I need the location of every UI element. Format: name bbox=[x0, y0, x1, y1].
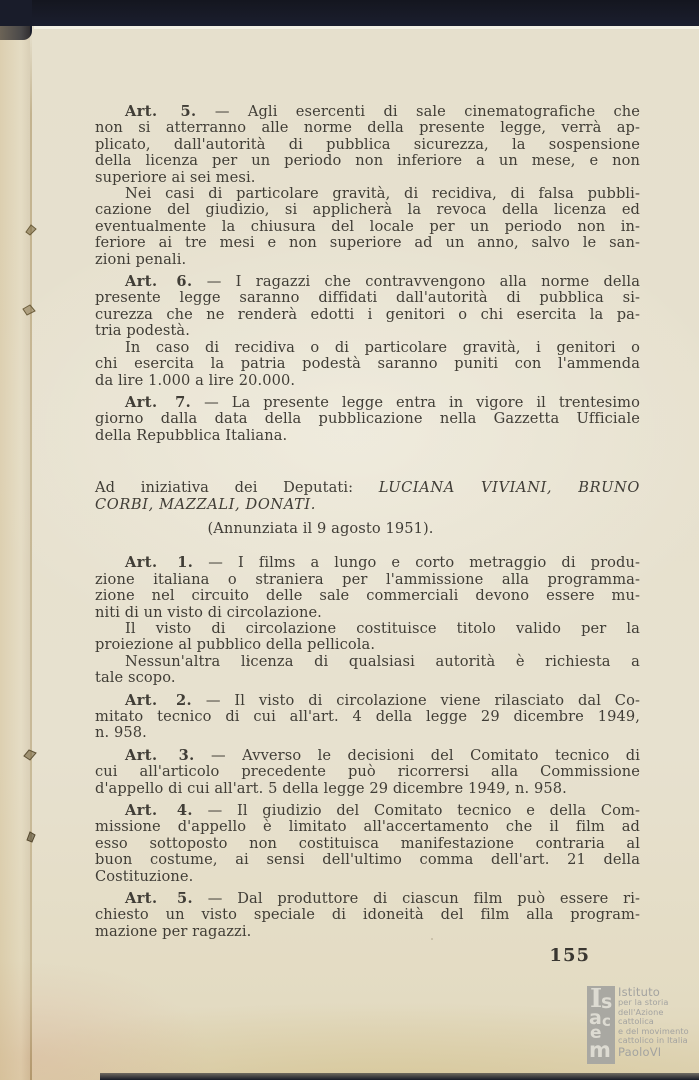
watermark-line: dell'Azione cattolica bbox=[618, 1008, 699, 1027]
announcement-date: (Annunziata il 9 agosto 1951). bbox=[95, 521, 640, 537]
text-line: In caso di recidiva o di particolare gra… bbox=[95, 340, 640, 356]
text-line: zione nel circuito delle sale commercial… bbox=[95, 588, 640, 604]
text-line: eventualmente la chiusura del locale per… bbox=[95, 219, 640, 235]
text-line: niti di un visto di circolazione. bbox=[95, 605, 640, 621]
text-run: — Avverso le decisioni del Comitato tecn… bbox=[195, 747, 640, 764]
text-run: da lire 1.000 a lire 20.000. bbox=[95, 372, 295, 389]
art-5-para-2: Nei casi di particolare gravità, di reci… bbox=[95, 186, 640, 268]
article-label: Art. 3. bbox=[125, 747, 195, 764]
text-line: mitato tecnico di cui all'art. 4 della l… bbox=[95, 709, 640, 725]
text-run: — Il visto di circolazione viene rilasci… bbox=[192, 692, 640, 709]
text-line: chiesto un visto speciale di idoneità de… bbox=[95, 907, 640, 923]
text-line: d'appello di cui all'art. 5 della legge … bbox=[95, 781, 640, 797]
art-1-para-3: Nessun'altra licenza di qualsiasi autori… bbox=[95, 654, 640, 687]
article-label: Art. 7. bbox=[125, 394, 191, 411]
text-run: non si atterranno alle norme della prese… bbox=[95, 119, 640, 136]
text-line: zione italiana o straniera per l'ammissi… bbox=[95, 572, 640, 588]
text-line: Il visto di circolazione costituisce tit… bbox=[95, 621, 640, 637]
article-label: Art. 6. bbox=[125, 273, 192, 290]
text-line: superiore ai sei mesi. bbox=[95, 170, 640, 186]
text-line: della Repubblica Italiana. bbox=[95, 428, 640, 444]
article-label: Art. 4. bbox=[125, 802, 193, 819]
article-label: Art. 1. bbox=[125, 554, 193, 571]
article-blocks: Art. 5. — Agli esercenti di sale cinemat… bbox=[95, 104, 640, 940]
text-line: Nei casi di particolare gravità, di reci… bbox=[95, 186, 640, 202]
text-line: Art. 6. — I ragazzi che contravvengono a… bbox=[95, 274, 640, 290]
text-run: — Dal produttore di ciascun film può ess… bbox=[193, 890, 640, 907]
text-run: — Agli esercenti di sale cinematografich… bbox=[197, 103, 640, 120]
text-line: Nessun'altra licenza di qualsiasi autori… bbox=[95, 654, 640, 670]
text-run: — La presente legge entra in vigore il t… bbox=[191, 394, 640, 411]
article-label: Art. 5. bbox=[125, 103, 197, 120]
text-run: n. 958. bbox=[95, 724, 147, 741]
text-run: — Il giudizio del Comitato tecnico e del… bbox=[193, 802, 640, 819]
binding-stitch-icon bbox=[23, 223, 39, 237]
art-2: Art. 2. — Il visto di circolazione viene… bbox=[95, 693, 640, 742]
text-run: zione nel circuito delle sale commercial… bbox=[95, 587, 640, 604]
text-line: CORBI, MAZZALI, DONATI. bbox=[95, 497, 640, 513]
text-run: superiore ai sei mesi. bbox=[95, 169, 255, 186]
text-run: curezza che ne renderà edotti i genitori… bbox=[95, 306, 640, 323]
text-line: plicato, dall'autorità di pubblica sicur… bbox=[95, 137, 640, 153]
text-run: chi esercita la patria podestà saranno p… bbox=[95, 355, 640, 372]
binding-stitch-icon bbox=[21, 303, 37, 317]
text-run: eventualmente la chiusura del locale per… bbox=[95, 218, 640, 235]
text-line: missione d'appello è limitato all'accert… bbox=[95, 819, 640, 835]
text-run: Nessun'altra licenza di qualsiasi autori… bbox=[125, 653, 640, 670]
article-label: Art. 2. bbox=[125, 692, 192, 709]
page-number: 155 bbox=[95, 948, 640, 964]
text-run: Nei casi di particolare gravità, di reci… bbox=[125, 185, 640, 202]
initiative-deputies: Ad iniziativa dei Deputati: LUCIANA VIVI… bbox=[95, 480, 640, 513]
text-run: plicato, dall'autorità di pubblica sicur… bbox=[95, 136, 640, 153]
isacem-monogram-icon: I s a c e m bbox=[587, 986, 615, 1064]
article-label: Art. 5. bbox=[125, 890, 193, 907]
text-line: feriore ai tre mesi e non superiore ad u… bbox=[95, 235, 640, 251]
text-run: missione d'appello è limitato all'accert… bbox=[95, 818, 640, 835]
text-run: della Repubblica Italiana. bbox=[95, 427, 287, 444]
text-run: zioni penali. bbox=[95, 251, 186, 268]
text-line: Art. 5. — Dal produttore di ciascun film… bbox=[95, 891, 640, 907]
art-4: Art. 4. — Il giudizio del Comitato tecni… bbox=[95, 803, 640, 885]
scan-bottom-edge bbox=[100, 1073, 699, 1080]
text-run: cazione del giudizio, si applicherà la r… bbox=[95, 201, 640, 218]
text-run: cui all'articolo precedente può ricorrer… bbox=[95, 763, 640, 780]
text-run: tale scopo. bbox=[95, 669, 176, 686]
text-line: Costituzione. bbox=[95, 869, 640, 885]
text-run: buon costume, ai sensi dell'ultimo comma… bbox=[95, 851, 640, 868]
text-run: giorno dalla data della pubblicazione ne… bbox=[95, 410, 640, 427]
art-1-para-2: Il visto di circolazione costituisce tit… bbox=[95, 621, 640, 654]
text-run: d'appello di cui all'art. 5 della legge … bbox=[95, 780, 567, 797]
text-line: Art. 2. — Il visto di circolazione viene… bbox=[95, 693, 640, 709]
text-run: Ad iniziativa dei Deputati: bbox=[95, 479, 379, 496]
text-line: Art. 7. — La presente legge entra in vig… bbox=[95, 395, 640, 411]
text-run: niti di un visto di circolazione. bbox=[95, 604, 322, 621]
text-line: della licenza per un periodo non inferio… bbox=[95, 153, 640, 169]
art-6-opening: Art. 6. — I ragazzi che contravvengono a… bbox=[95, 274, 640, 340]
text-line: zioni penali. bbox=[95, 252, 640, 268]
text-run: proiezione al pubblico della pellicola. bbox=[95, 636, 375, 653]
binding-stitch-icon bbox=[23, 830, 39, 844]
text-run: CORBI, MAZZALI, DONATI. bbox=[95, 496, 316, 513]
text-run: mitato tecnico di cui all'art. 4 della l… bbox=[95, 708, 640, 725]
text-line: Art. 3. — Avverso le decisioni del Comit… bbox=[95, 748, 640, 764]
text-run: zione italiana o straniera per l'ammissi… bbox=[95, 571, 640, 588]
text-line: tria podestà. bbox=[95, 323, 640, 339]
text-line: Art. 5. — Agli esercenti di sale cinemat… bbox=[95, 104, 640, 120]
scanned-book-page: Art. 5. — Agli esercenti di sale cinemat… bbox=[0, 0, 699, 1080]
text-run: (Annunziata il 9 agosto 1951). bbox=[207, 520, 433, 537]
binding-stitch-icon bbox=[22, 748, 38, 762]
text-run: della licenza per un periodo non inferio… bbox=[95, 152, 640, 169]
text-run: LUCIANA VIVIANI, BRUNO bbox=[379, 479, 640, 496]
book-gutter bbox=[0, 26, 30, 1080]
text-run: presente legge saranno diffidati dall'au… bbox=[95, 289, 640, 306]
text-run: feriore ai tre mesi e non superiore ad u… bbox=[95, 234, 640, 251]
text-line: (Annunziata il 9 agosto 1951). bbox=[95, 521, 640, 537]
text-line: Art. 1. — I films a lungo e corto metrag… bbox=[95, 555, 640, 571]
text-line: esso sottoposto non costituisca manifest… bbox=[95, 836, 640, 852]
isacem-watermark: I s a c e m Istituto per la storia dell'… bbox=[587, 986, 699, 1066]
text-run: mazione per ragazzi. bbox=[95, 923, 251, 940]
isacem-caption: Istituto per la storia dell'Azione catto… bbox=[618, 986, 699, 1058]
art-3: Art. 3. — Avverso le decisioni del Comit… bbox=[95, 748, 640, 797]
art-1-opening: Art. 1. — I films a lungo e corto metrag… bbox=[95, 555, 640, 621]
art-6-para-2: In caso di recidiva o di particolare gra… bbox=[95, 340, 640, 389]
art-7: Art. 7. — La presente legge entra in vig… bbox=[95, 395, 640, 444]
text-column: Art. 5. — Agli esercenti di sale cinemat… bbox=[95, 0, 640, 965]
art-5-ragazzi: Art. 5. — Dal produttore di ciascun film… bbox=[95, 891, 640, 940]
art-5-opening: Art. 5. — Agli esercenti di sale cinemat… bbox=[95, 104, 640, 186]
text-line: da lire 1.000 a lire 20.000. bbox=[95, 373, 640, 389]
gutter-crease bbox=[30, 30, 32, 1080]
watermark-line: PaoloVI bbox=[618, 1046, 699, 1058]
text-line: curezza che ne renderà edotti i genitori… bbox=[95, 307, 640, 323]
text-line: Ad iniziativa dei Deputati: LUCIANA VIVI… bbox=[95, 480, 640, 496]
text-run: — I films a lungo e corto metraggio di p… bbox=[193, 554, 640, 571]
text-run: — I ragazzi che contravvengono alla norm… bbox=[192, 273, 640, 290]
text-line: proiezione al pubblico della pellicola. bbox=[95, 637, 640, 653]
text-line: giorno dalla data della pubblicazione ne… bbox=[95, 411, 640, 427]
text-run: Il visto di circolazione costituisce tit… bbox=[125, 620, 640, 637]
text-run: tria podestà. bbox=[95, 322, 190, 339]
text-line: buon costume, ai sensi dell'ultimo comma… bbox=[95, 852, 640, 868]
text-line: mazione per ragazzi. bbox=[95, 924, 640, 940]
text-line: presente legge saranno diffidati dall'au… bbox=[95, 290, 640, 306]
text-line: tale scopo. bbox=[95, 670, 640, 686]
text-line: non si atterranno alle norme della prese… bbox=[95, 120, 640, 136]
text-line: chi esercita la patria podestà saranno p… bbox=[95, 356, 640, 372]
text-run: chiesto un visto speciale di idoneità de… bbox=[95, 906, 640, 923]
text-line: cazione del giudizio, si applicherà la r… bbox=[95, 202, 640, 218]
text-line: Art. 4. — Il giudizio del Comitato tecni… bbox=[95, 803, 640, 819]
text-run: In caso di recidiva o di particolare gra… bbox=[125, 339, 640, 356]
text-line: n. 958. bbox=[95, 725, 640, 741]
text-line: cui all'articolo precedente può ricorrer… bbox=[95, 764, 640, 780]
text-run: Costituzione. bbox=[95, 868, 193, 885]
text-run: esso sottoposto non costituisca manifest… bbox=[95, 835, 640, 852]
